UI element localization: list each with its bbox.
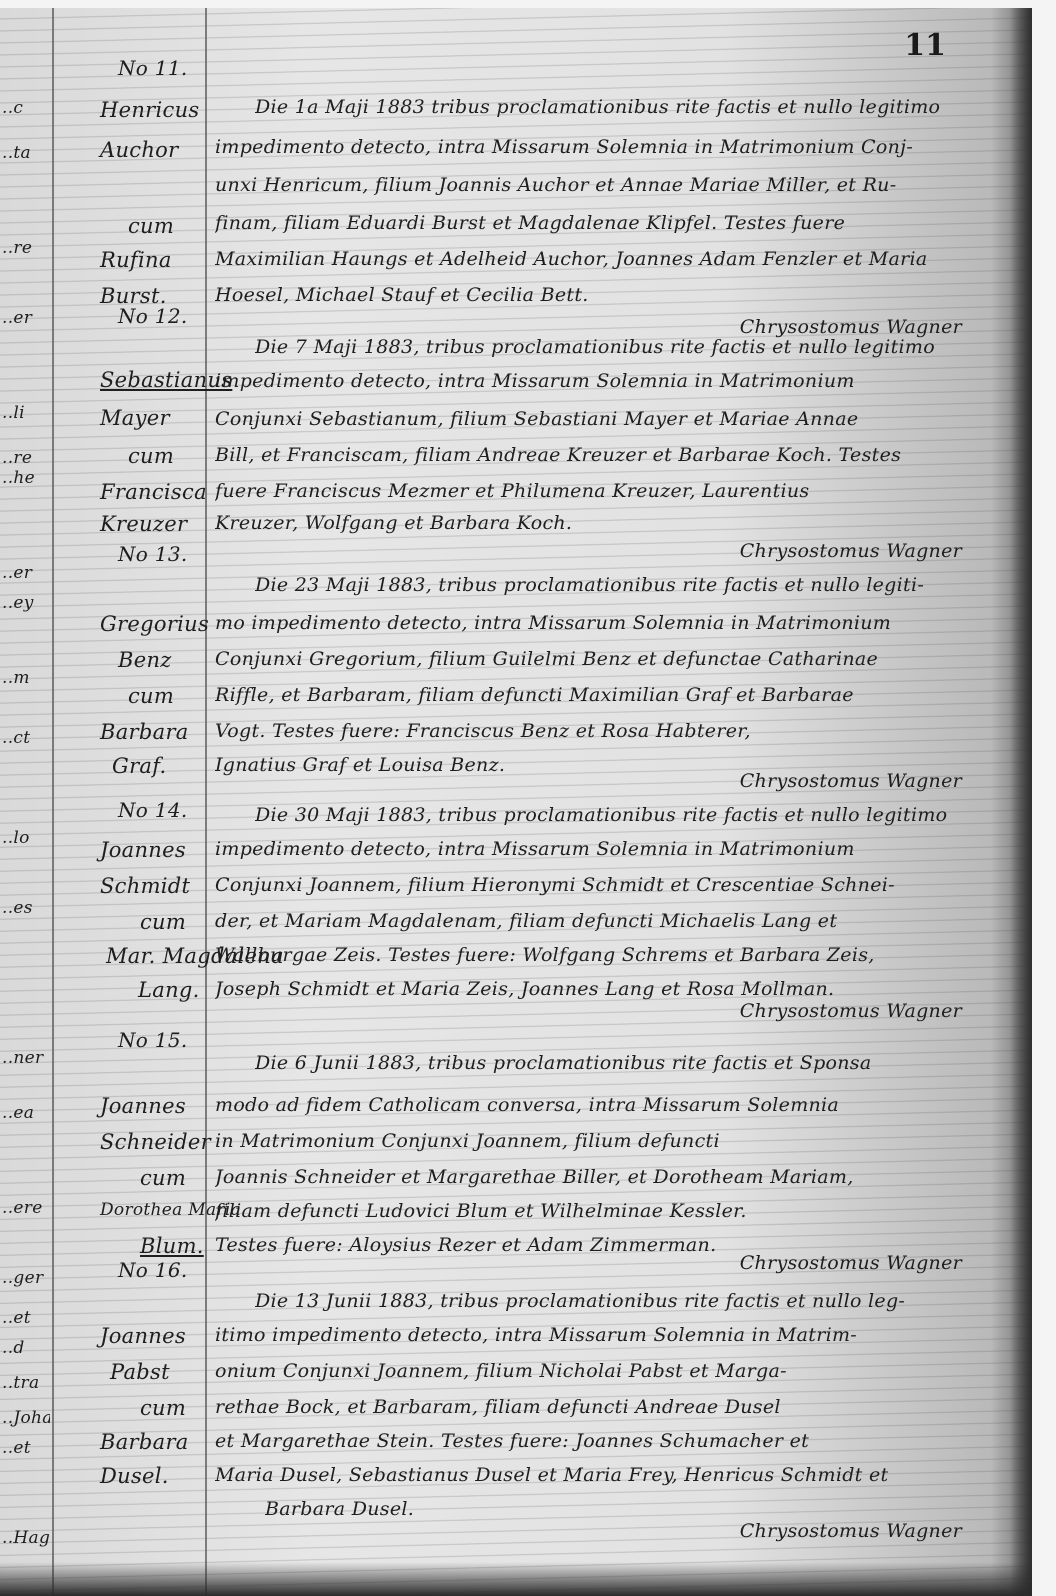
edge-fragment: ..he [2, 468, 35, 488]
edge-fragment: ..tra [2, 1373, 39, 1393]
entry-text-line: mo impedimento detecto, intra Missarum S… [215, 612, 985, 634]
entry-text-line: Joseph Schmidt et Maria Zeis, Joannes La… [215, 978, 985, 1000]
entry-text-line: unxi Henricum, filium Joannis Auchor et … [215, 174, 985, 196]
entry-text-line: Die 23 Maji 1883, tribus proclamationibu… [255, 574, 1025, 596]
groom-surname: Mayer [100, 406, 170, 430]
edge-fragment: ..li [2, 403, 25, 423]
entry-text-line: modo ad fidem Catholicam conversa, intra… [215, 1094, 985, 1116]
groom-first-name: Gregorius [100, 612, 209, 636]
priest-signature: Chrysostomus Wagner [740, 1252, 962, 1274]
entry-number: No 13. [118, 542, 188, 566]
priest-signature: Chrysostomus Wagner [740, 1520, 962, 1542]
previous-page-edge: ..c ..ta ..re ..er ..li ..re ..he ..er .… [0, 8, 50, 1596]
groom-surname: Benz [118, 648, 172, 672]
groom-surname: Schmidt [100, 874, 190, 898]
entry-number: No 11. [118, 56, 188, 80]
cum-label: cum [140, 910, 186, 934]
entry-text-line: Hoesel, Michael Stauf et Cecilia Bett. [215, 284, 985, 306]
bride-first-name: Barbara [100, 1430, 189, 1454]
entry-number: No 15. [118, 1028, 188, 1052]
entry-text-line: Conjunxi Gregorium, filium Guilelmi Benz… [215, 648, 985, 670]
edge-fragment: ..re [2, 448, 32, 468]
entry-text-line: Die 7 Maji 1883, tribus proclamationibus… [255, 336, 1025, 358]
binding-shadow [1010, 8, 1032, 1596]
entry-text-line: Vogt. Testes fuere: Franciscus Benz et R… [215, 720, 985, 742]
entry-number: No 16. [118, 1258, 188, 1282]
entry-text-line: et Margarethae Stein. Testes fuere: Joan… [215, 1430, 985, 1452]
edge-fragment: ..et [2, 1438, 31, 1458]
entry-text-line: impedimento detecto, intra Missarum Sole… [215, 136, 985, 158]
entry-text-line: der, et Mariam Magdalenam, filiam defunc… [215, 910, 985, 932]
entry-number: No 14. [118, 798, 188, 822]
bride-first-name: Francisca [100, 480, 207, 504]
column-rule-margin [205, 8, 207, 1596]
edge-fragment: ..re [2, 238, 32, 258]
cum-label: cum [140, 1396, 186, 1420]
edge-fragment: ..ta [2, 143, 31, 163]
entry-text-line: Riffle, et Barbaram, filiam defuncti Max… [215, 684, 985, 706]
entry-text-line: Die 6 Junii 1883, tribus proclamationibu… [255, 1052, 1025, 1074]
entry-text-line: Maximilian Haungs et Adelheid Auchor, Jo… [215, 248, 985, 270]
entry-text-line: Die 13 Junii 1883, tribus proclamationib… [255, 1290, 1025, 1312]
entry-text-line: Die 1a Maji 1883 tribus proclamationibus… [255, 96, 1025, 118]
edge-fragment: ..Johan [2, 1408, 50, 1428]
edge-fragment: ..ct [2, 728, 30, 748]
entry-text-line: in Matrimonium Conjunxi Joannem, filium … [215, 1130, 985, 1152]
entry-text-line: Die 30 Maji 1883, tribus proclamationibu… [255, 804, 1025, 826]
edge-fragment: ..es [2, 898, 33, 918]
column-rule-outer [52, 8, 54, 1596]
entry-text-line: Joannis Schneider et Margarethae Biller,… [215, 1166, 985, 1188]
groom-first-name: Joannes [100, 1094, 186, 1118]
edge-fragment: ..lo [2, 828, 30, 848]
edge-fragment: ..er [2, 563, 32, 583]
bride-surname: Blum. [140, 1234, 204, 1258]
edge-fragment: ..ere [2, 1198, 43, 1218]
cum-label: cum [140, 1166, 186, 1190]
entry-text-line: itimo impedimento detecto, intra Missaru… [215, 1324, 985, 1346]
edge-fragment: ..et [2, 1308, 31, 1328]
priest-signature: Chrysostomus Wagner [740, 316, 962, 338]
entry-text-line: Maria Dusel, Sebastianus Dusel et Maria … [215, 1464, 985, 1486]
edge-fragment: ..er [2, 308, 32, 328]
bride-first-name: Rufina [100, 248, 172, 272]
groom-surname: Auchor [100, 138, 178, 162]
bride-surname: Dusel. [100, 1464, 169, 1488]
cum-label: cum [128, 444, 174, 468]
priest-signature: Chrysostomus Wagner [740, 770, 962, 792]
edge-fragment: ..ner [2, 1048, 43, 1068]
entry-text-line: Conjunxi Sebastianum, filium Sebastiani … [215, 408, 985, 430]
page-number: 11 [904, 28, 946, 63]
priest-signature: Chrysostomus Wagner [740, 540, 962, 562]
entry-text-line: impedimento detecto, intra Missarum Sole… [215, 838, 985, 860]
entry-text-line: Barbara Dusel. [265, 1498, 1035, 1520]
priest-signature: Chrysostomus Wagner [740, 1000, 962, 1022]
bride-first-name: Barbara [100, 720, 189, 744]
entry-text-line: filiam defuncti Ludovici Blum et Wilhelm… [215, 1200, 985, 1222]
groom-first-name: Joannes [100, 1324, 186, 1348]
edge-fragment: ..ger [2, 1268, 43, 1288]
entry-text-line: Wallburgae Zeis. Testes fuere: Wolfgang … [215, 944, 985, 966]
edge-fragment: ..ea [2, 1103, 34, 1123]
bride-surname: Graf. [112, 754, 167, 778]
entry-text-line: onium Conjunxi Joannem, filium Nicholai … [215, 1360, 985, 1382]
entry-text-line: finam, filiam Eduardi Burst et Magdalena… [215, 212, 985, 234]
cum-label: cum [128, 214, 174, 238]
cum-label: cum [128, 684, 174, 708]
entry-text-line: fuere Franciscus Mezmer et Philumena Kre… [215, 480, 985, 502]
entry-text-line: impedimento detecto, intra Missarum Sole… [215, 370, 985, 392]
entry-text-line: Kreuzer, Wolfgang et Barbara Koch. [215, 512, 985, 534]
register-page: 11 ..c ..ta ..re ..er ..li ..re ..he ..e… [0, 8, 1032, 1596]
groom-surname: Pabst [110, 1360, 170, 1384]
edge-fragment: ..ey [2, 593, 34, 613]
bride-surname: Lang. [138, 978, 200, 1002]
entry-number: No 12. [118, 304, 188, 328]
bottom-scan-shadow [0, 1562, 1032, 1596]
groom-first-name: Henricus [100, 98, 199, 122]
entry-text-line: Bill, et Franciscam, filiam Andreae Kreu… [215, 444, 985, 466]
entry-text-line: rethae Bock, et Barbaram, filiam defunct… [215, 1396, 985, 1418]
edge-fragment: ..m [2, 668, 30, 688]
edge-fragment: ..d [2, 1338, 25, 1358]
edge-fragment: ..Hagn [2, 1528, 50, 1548]
groom-surname: Schneider [100, 1130, 211, 1154]
groom-first-name: Joannes [100, 838, 186, 862]
entry-text-line: Conjunxi Joannem, filium Hieronymi Schmi… [215, 874, 985, 896]
groom-first-name: Sebastianus [100, 368, 232, 392]
edge-fragment: ..c [2, 98, 23, 118]
bride-surname: Kreuzer [100, 512, 187, 536]
